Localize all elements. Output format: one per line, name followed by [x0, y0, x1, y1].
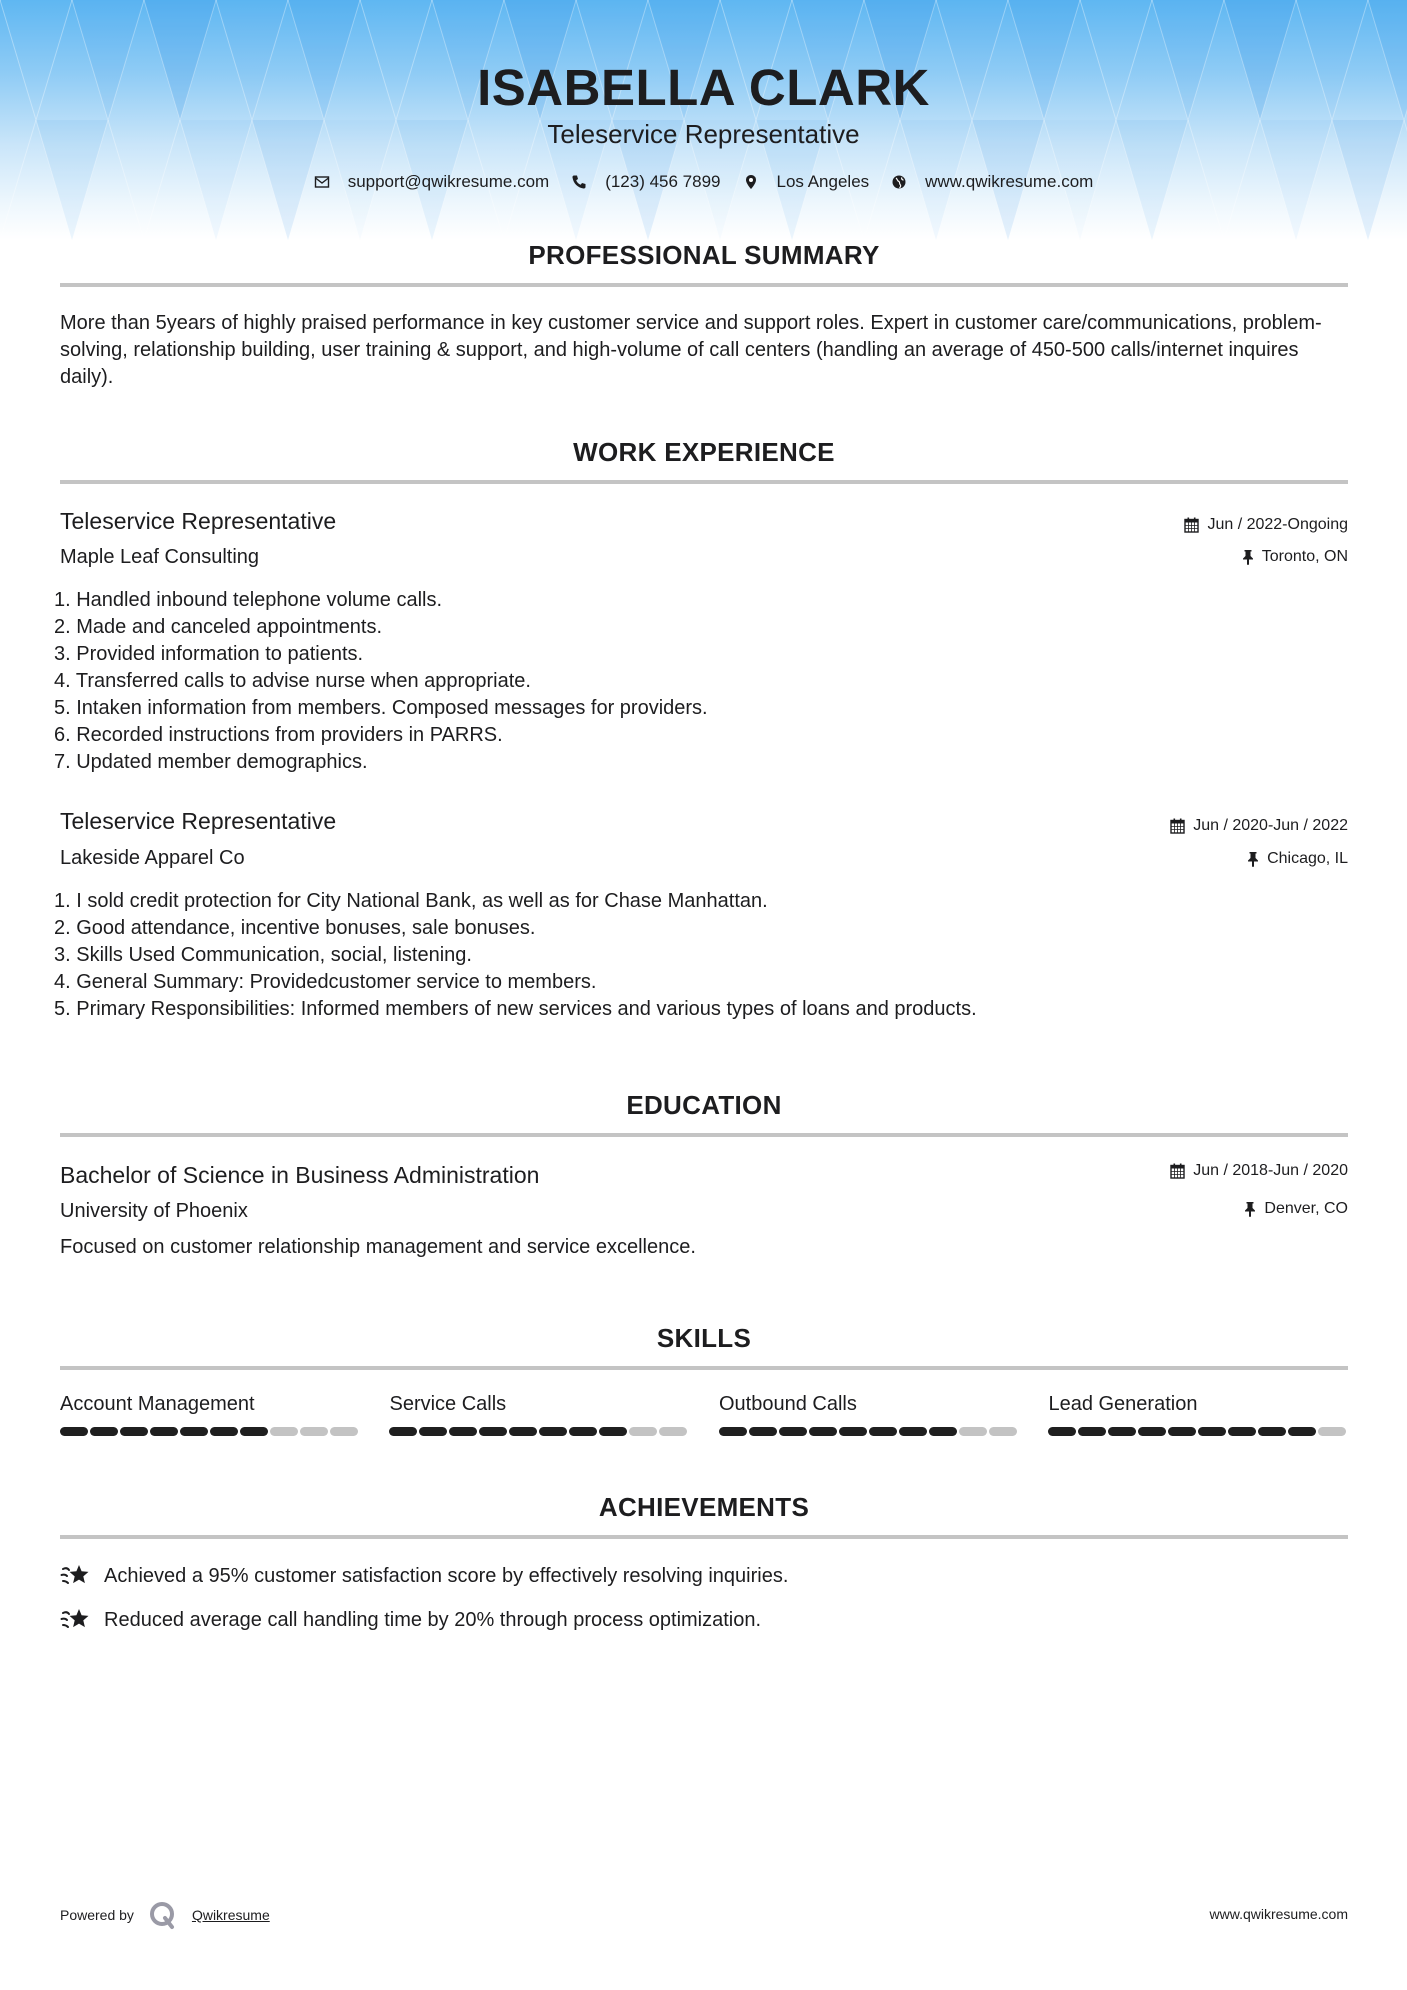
candidate-name: ISABELLA CLARK	[0, 58, 1407, 117]
achievements-heading: ACHIEVEMENTS	[60, 1492, 1348, 1523]
skill-segment	[90, 1427, 118, 1436]
skill-name: Outbound Calls	[719, 1393, 1048, 1427]
skill-segment	[479, 1427, 507, 1436]
skill-segment	[1168, 1427, 1196, 1436]
job-location-text: Chicago, IL	[1267, 850, 1348, 868]
skill-level-bar	[719, 1427, 1048, 1436]
skill-segment	[809, 1427, 837, 1436]
education-heading: EDUCATION	[60, 1090, 1348, 1121]
skill-segment	[210, 1427, 238, 1436]
skill-segment	[389, 1427, 417, 1436]
list-item: 3. Skills Used Communication, social, li…	[54, 942, 977, 969]
skill-segment	[629, 1427, 657, 1436]
skill-segment	[989, 1427, 1017, 1436]
job-location: Chicago, IL	[1247, 850, 1348, 868]
degree-title: Bachelor of Science in Business Administ…	[60, 1162, 539, 1189]
skill-item: Account Management	[60, 1393, 389, 1436]
skill-item: Service Calls	[389, 1393, 718, 1436]
list-item: 4. General Summary: Providedcustomer ser…	[54, 969, 977, 996]
contact-email-text: support@qwikresume.com	[348, 172, 550, 192]
job-title: Teleservice Representative	[60, 808, 336, 835]
star-award-icon	[60, 1606, 92, 1634]
achievement-text: Achieved a 95% customer satisfaction sco…	[104, 1565, 788, 1588]
resume-header: ISABELLA CLARK Teleservice Representativ…	[0, 0, 1407, 230]
skill-segment	[240, 1427, 268, 1436]
skill-segment	[150, 1427, 178, 1436]
summary-heading: PROFESSIONAL SUMMARY	[60, 240, 1348, 271]
skill-segment	[330, 1427, 358, 1436]
phone-icon	[571, 174, 587, 190]
skill-level-bar	[1048, 1427, 1348, 1436]
skill-segment	[1048, 1427, 1076, 1436]
contact-website-text: www.qwikresume.com	[925, 172, 1093, 192]
star-award-icon	[60, 1562, 92, 1590]
job-location-text: Toronto, ON	[1262, 548, 1348, 566]
skill-segment	[1078, 1427, 1106, 1436]
skill-segment	[1108, 1427, 1136, 1436]
contact-phone-text: (123) 456 7899	[605, 172, 720, 192]
job-responsibilities: 1. I sold credit protection for City Nat…	[54, 888, 977, 1023]
achievement-item: Achieved a 95% customer satisfaction sco…	[60, 1562, 788, 1590]
contact-bar: support@qwikresume.com (123) 456 7899 Lo…	[0, 172, 1407, 192]
skill-level-bar	[389, 1427, 718, 1436]
education-description: Focused on customer relationship managem…	[60, 1236, 696, 1259]
envelope-icon	[314, 174, 330, 190]
skill-segment	[929, 1427, 957, 1436]
skills-list: Account Management Service Calls Outboun…	[60, 1393, 1348, 1436]
contact-location: Los Angeles	[743, 172, 870, 192]
list-item: 4. Transferred calls to advise nurse whe…	[54, 668, 708, 695]
qwikresume-logo-icon	[148, 1900, 178, 1930]
job-dates: Jun / 2020-Jun / 2022	[1170, 817, 1348, 835]
skill-name: Account Management	[60, 1393, 389, 1427]
job-dates-text: Jun / 2022-Ongoing	[1207, 516, 1348, 534]
footer-url[interactable]: www.qwikresume.com	[1210, 1906, 1348, 1922]
job-location: Toronto, ON	[1242, 548, 1348, 566]
skill-segment	[1138, 1427, 1166, 1436]
list-item: 1. Handled inbound telephone volume call…	[54, 587, 708, 614]
skill-segment	[1228, 1427, 1256, 1436]
skill-segment	[539, 1427, 567, 1436]
contact-location-text: Los Angeles	[777, 172, 870, 192]
list-item: 7. Updated member demographics.	[54, 749, 708, 776]
contact-phone[interactable]: (123) 456 7899	[571, 172, 720, 192]
skill-segment	[419, 1427, 447, 1436]
skill-name: Lead Generation	[1048, 1393, 1348, 1427]
achievements-divider	[60, 1535, 1348, 1539]
list-item: 5. Intaken information from members. Com…	[54, 695, 708, 722]
map-marker-icon	[743, 174, 759, 190]
list-item: 3. Provided information to patients.	[54, 641, 708, 668]
education-location: Denver, CO	[1244, 1200, 1348, 1218]
qwikresume-link[interactable]: Qwikresume	[192, 1907, 270, 1923]
calendar-icon	[1170, 1163, 1185, 1179]
skill-segment	[60, 1427, 88, 1436]
job-dates: Jun / 2022-Ongoing	[1184, 516, 1348, 534]
summary-text: More than 5years of highly praised perfo…	[60, 310, 1348, 391]
job-company: Lakeside Apparel Co	[60, 847, 245, 870]
skills-heading: SKILLS	[60, 1323, 1348, 1354]
skill-segment	[839, 1427, 867, 1436]
summary-divider	[60, 283, 1348, 287]
skill-name: Service Calls	[389, 1393, 718, 1427]
skills-divider	[60, 1366, 1348, 1370]
skill-segment	[509, 1427, 537, 1436]
education-divider	[60, 1133, 1348, 1137]
education-location-text: Denver, CO	[1264, 1200, 1348, 1218]
skill-segment	[1288, 1427, 1316, 1436]
skill-segment	[869, 1427, 897, 1436]
job-dates-text: Jun / 2020-Jun / 2022	[1193, 817, 1348, 835]
achievement-text: Reduced average call handling time by 20…	[104, 1609, 761, 1632]
skill-segment	[599, 1427, 627, 1436]
skill-item: Outbound Calls	[719, 1393, 1048, 1436]
achievement-item: Reduced average call handling time by 20…	[60, 1606, 761, 1634]
skill-segment	[719, 1427, 747, 1436]
skill-item: Lead Generation	[1048, 1393, 1348, 1436]
skill-segment	[659, 1427, 687, 1436]
pushpin-icon	[1247, 851, 1259, 867]
globe-icon	[891, 174, 907, 190]
skill-segment	[270, 1427, 298, 1436]
skill-segment	[180, 1427, 208, 1436]
education-dates-text: Jun / 2018-Jun / 2020	[1193, 1162, 1348, 1180]
experience-divider	[60, 480, 1348, 484]
skill-segment	[300, 1427, 328, 1436]
skill-level-bar	[60, 1427, 389, 1436]
contact-website[interactable]: www.qwikresume.com	[891, 172, 1093, 192]
job-responsibilities: 1. Handled inbound telephone volume call…	[54, 587, 708, 776]
skill-segment	[120, 1427, 148, 1436]
experience-heading: WORK EXPERIENCE	[60, 437, 1348, 468]
contact-email[interactable]: support@qwikresume.com	[314, 172, 550, 192]
list-item: 2. Made and canceled appointments.	[54, 614, 708, 641]
pushpin-icon	[1244, 1201, 1256, 1217]
skill-segment	[1258, 1427, 1286, 1436]
school-name: University of Phoenix	[60, 1200, 248, 1223]
list-item: 1. I sold credit protection for City Nat…	[54, 888, 977, 915]
list-item: 5. Primary Responsibilities: Informed me…	[54, 996, 977, 1023]
calendar-icon	[1184, 517, 1199, 533]
list-item: 2. Good attendance, incentive bonuses, s…	[54, 915, 977, 942]
skill-segment	[959, 1427, 987, 1436]
skill-segment	[1198, 1427, 1226, 1436]
candidate-title: Teleservice Representative	[0, 119, 1407, 150]
skill-segment	[899, 1427, 927, 1436]
skill-segment	[569, 1427, 597, 1436]
skill-segment	[449, 1427, 477, 1436]
calendar-icon	[1170, 818, 1185, 834]
job-company: Maple Leaf Consulting	[60, 546, 259, 569]
powered-by-label: Powered by	[60, 1907, 134, 1923]
skill-segment	[779, 1427, 807, 1436]
list-item: 6. Recorded instructions from providers …	[54, 722, 708, 749]
skill-segment	[749, 1427, 777, 1436]
footer-powered-by: Powered by Qwikresume	[60, 1900, 270, 1930]
pushpin-icon	[1242, 549, 1254, 565]
skill-segment	[1318, 1427, 1346, 1436]
education-dates: Jun / 2018-Jun / 2020	[1170, 1162, 1348, 1180]
job-title: Teleservice Representative	[60, 508, 336, 535]
